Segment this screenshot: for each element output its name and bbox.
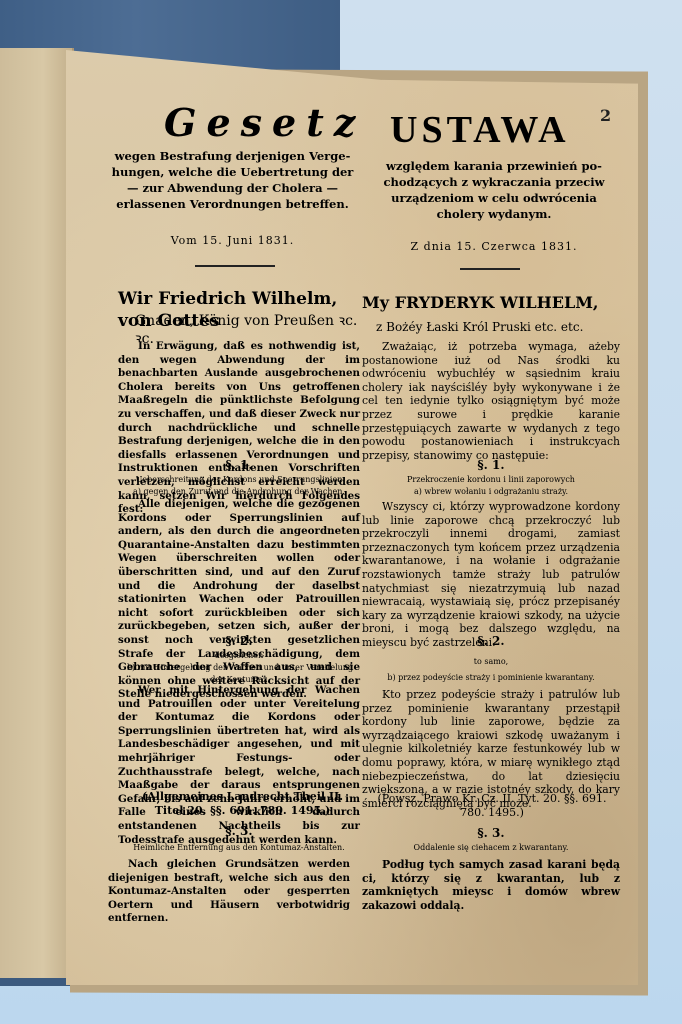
polish-header-rule	[460, 268, 520, 270]
german-subtitle-line: erlassenen Verordnungen betreffen.	[110, 196, 355, 212]
polish-subtitle-line: chodzących z wykraczania przeciw	[364, 174, 624, 190]
german-subtitle-line: wegen Bestrafung derjenigen Verge-	[110, 148, 355, 164]
polish-section-2-citation: (Powsz. Prawo Kr. Cz. II. Tyt. 20. §§. 6…	[372, 792, 612, 820]
polish-section-2-number: §. 2.	[362, 634, 620, 648]
german-subtitle-line: hungen, welche die Uebertretung der	[110, 164, 355, 180]
polish-subtitle-line: urządzeniom w celu odwrócenia	[364, 190, 624, 206]
german-section-2-text: Wer mit Hintergehung der Wachen und Patr…	[118, 684, 360, 847]
facing-left-page	[0, 48, 74, 983]
polish-date: Z dnia 15. Czerwca 1831.	[364, 240, 624, 253]
german-section-1-number: §. 1.	[118, 458, 360, 472]
polish-subtitle-line: względem karania przewinień po-	[364, 158, 624, 174]
polish-subtitle: względem karania przewinień po- chodzący…	[364, 158, 624, 222]
german-section-3-number: §. 3.	[118, 824, 360, 838]
polish-section-1-number: §. 1.	[362, 458, 620, 472]
polish-section-2-heading: to samo,	[362, 656, 620, 668]
german-title: Gesetz	[164, 100, 365, 145]
german-section-3-text: Nach gleichen Grundsätzen werden diejeni…	[108, 858, 350, 926]
german-section-1-heading: Ueberschreitung der Kordons und Sperrung…	[118, 474, 360, 486]
polish-royal-title: z Bożéy Łaski Król Pruski etc. etc.	[376, 318, 626, 336]
polish-preamble: Zważaiąc, iż potrzeba wymaga, ażeby post…	[362, 340, 620, 462]
german-section-3-heading: Heimliche Entfernung aus den Kontumaz-An…	[118, 842, 360, 854]
polish-section-1-subheading: a) wbrew wołaniu i odgrażaniu straży.	[362, 486, 620, 498]
polish-section-3-text: Podług tych samych zasad karani będą ci,…	[362, 858, 620, 912]
polish-subtitle-line: cholery wydanym.	[364, 206, 624, 222]
cover-edge	[0, 978, 70, 986]
german-section-2-number: §. 2.	[118, 634, 360, 648]
polish-section-3-number: §. 3.	[362, 826, 620, 840]
german-section-2-citation: (Allgemeines Landrecht Theil II. Titel 2…	[130, 790, 355, 818]
polish-section-3-heading: Oddalenie się ciehacem z kwarantany.	[362, 842, 620, 854]
german-section-2-subheading: b) mit Hintergehung der Wachen und unter…	[125, 662, 355, 686]
page-number: 2	[600, 106, 611, 125]
german-header-rule	[195, 265, 275, 267]
german-subtitle: wegen Bestrafung derjenigen Verge- hunge…	[110, 148, 355, 212]
german-section-1-subheading: a) gegen den Zuruf und die Androhung der…	[118, 486, 360, 498]
polish-section-1-heading: Przekroczenie kordonu i linii zaporowych	[362, 474, 620, 486]
german-date: Vom 15. Juni 1831.	[110, 234, 355, 247]
german-section-2-heading: desgleichen	[118, 650, 360, 662]
polish-title: USTAWA	[390, 108, 570, 152]
polish-royal-name: My FRYDERYK WILHELM,	[362, 292, 632, 314]
polish-section-1-text: Wszyscy ci, którzy wyprowadzone kordony …	[362, 500, 620, 650]
german-subtitle-line: — zur Abwendung der Cholera —	[110, 180, 355, 196]
polish-section-2-subheading: b) przez podeyście straży i pominienie k…	[362, 672, 620, 684]
